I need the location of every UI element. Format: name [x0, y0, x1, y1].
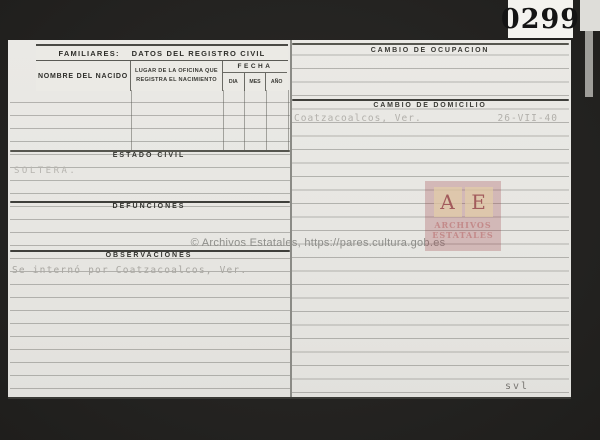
lugar-line1: LUGAR DE LA OFICINA QUE: [135, 67, 218, 76]
record-card: FAMILIARES: DATOS DEL REGISTRO CIVIL NOM…: [8, 40, 571, 399]
archive-page-number-box: 0299: [508, 0, 573, 38]
observaciones-label: OBSERVACIONES: [8, 252, 290, 259]
registry-table-title: FAMILIARES: DATOS DEL REGISTRO CIVIL: [36, 46, 288, 61]
fecha-subcolumns: DIA MES AÑO: [223, 73, 287, 91]
section-rule: [292, 99, 569, 101]
scan-corner-artifact: [580, 0, 600, 31]
table-column-rule: [223, 90, 224, 150]
archive-page-number: 0299: [501, 4, 580, 35]
table-column-rule: [288, 90, 289, 150]
column-header-lugar: LUGAR DE LA OFICINA QUE REGISTRA EL NACI…: [131, 61, 223, 91]
section-rule: [292, 43, 569, 45]
subcolumn-dia: DIA: [223, 73, 244, 91]
scan-edge-artifact: [585, 31, 593, 97]
domicilio-place-entry: Coatzacoalcos, Ver.: [294, 113, 422, 124]
fecha-label: FECHA: [223, 61, 287, 73]
cambio-domicilio-entry-row: Coatzacoalcos, Ver. 26-VII-40: [294, 113, 564, 124]
estado-civil-label: ESTADO CIVIL: [8, 152, 290, 159]
typist-initials: svl: [505, 381, 529, 392]
cambio-ocupacion-label: CAMBIO DE OCUPACION: [291, 47, 569, 54]
title-familiares: FAMILIARES:: [59, 49, 120, 58]
scanned-record-card: 0299 FAMILIARES: DATOS DEL REGISTRO CIVI…: [0, 0, 600, 440]
lugar-line2: REGISTRA EL NACIMIENTO: [136, 76, 217, 85]
registry-table: FAMILIARES: DATOS DEL REGISTRO CIVIL NOM…: [36, 44, 288, 91]
column-header-fecha: FECHA DIA MES AÑO: [223, 61, 287, 91]
logo-letter-tiles: A E: [434, 187, 493, 217]
logo-word-archivos: ARCHIVOS: [432, 220, 493, 230]
subcolumn-ano: AÑO: [265, 73, 287, 91]
cambio-domicilio-label: CAMBIO DE DOMICILIO: [291, 102, 569, 109]
domicilio-date-entry: 26-VII-40: [498, 113, 558, 124]
logo-letter-a: A: [434, 187, 462, 217]
registry-table-header-row: NOMBRE DEL NACIDO LUGAR DE LA OFICINA QU…: [36, 61, 288, 91]
archivos-estatales-logo: A E ARCHIVOS ESTATALES: [425, 181, 501, 251]
column-header-nombre: NOMBRE DEL NACIDO: [36, 61, 131, 91]
defunciones-label: DEFUNCIONES: [8, 203, 290, 210]
logo-letter-e: E: [465, 187, 493, 217]
column-divider: [290, 40, 292, 397]
logo-wordmark: ARCHIVOS ESTATALES: [432, 220, 493, 240]
table-column-rule: [244, 90, 245, 150]
table-column-rule: [266, 90, 267, 150]
observaciones-entry: Se internó por Coatzacoalcos, Ver.: [12, 265, 247, 276]
logo-word-estatales: ESTATALES: [432, 230, 493, 240]
subcolumn-mes: MES: [244, 73, 266, 91]
table-column-rule: [131, 90, 132, 150]
title-datos-registro: DATOS DEL REGISTRO CIVIL: [132, 49, 266, 58]
estado-civil-entry: SOLTERA.: [14, 166, 77, 176]
